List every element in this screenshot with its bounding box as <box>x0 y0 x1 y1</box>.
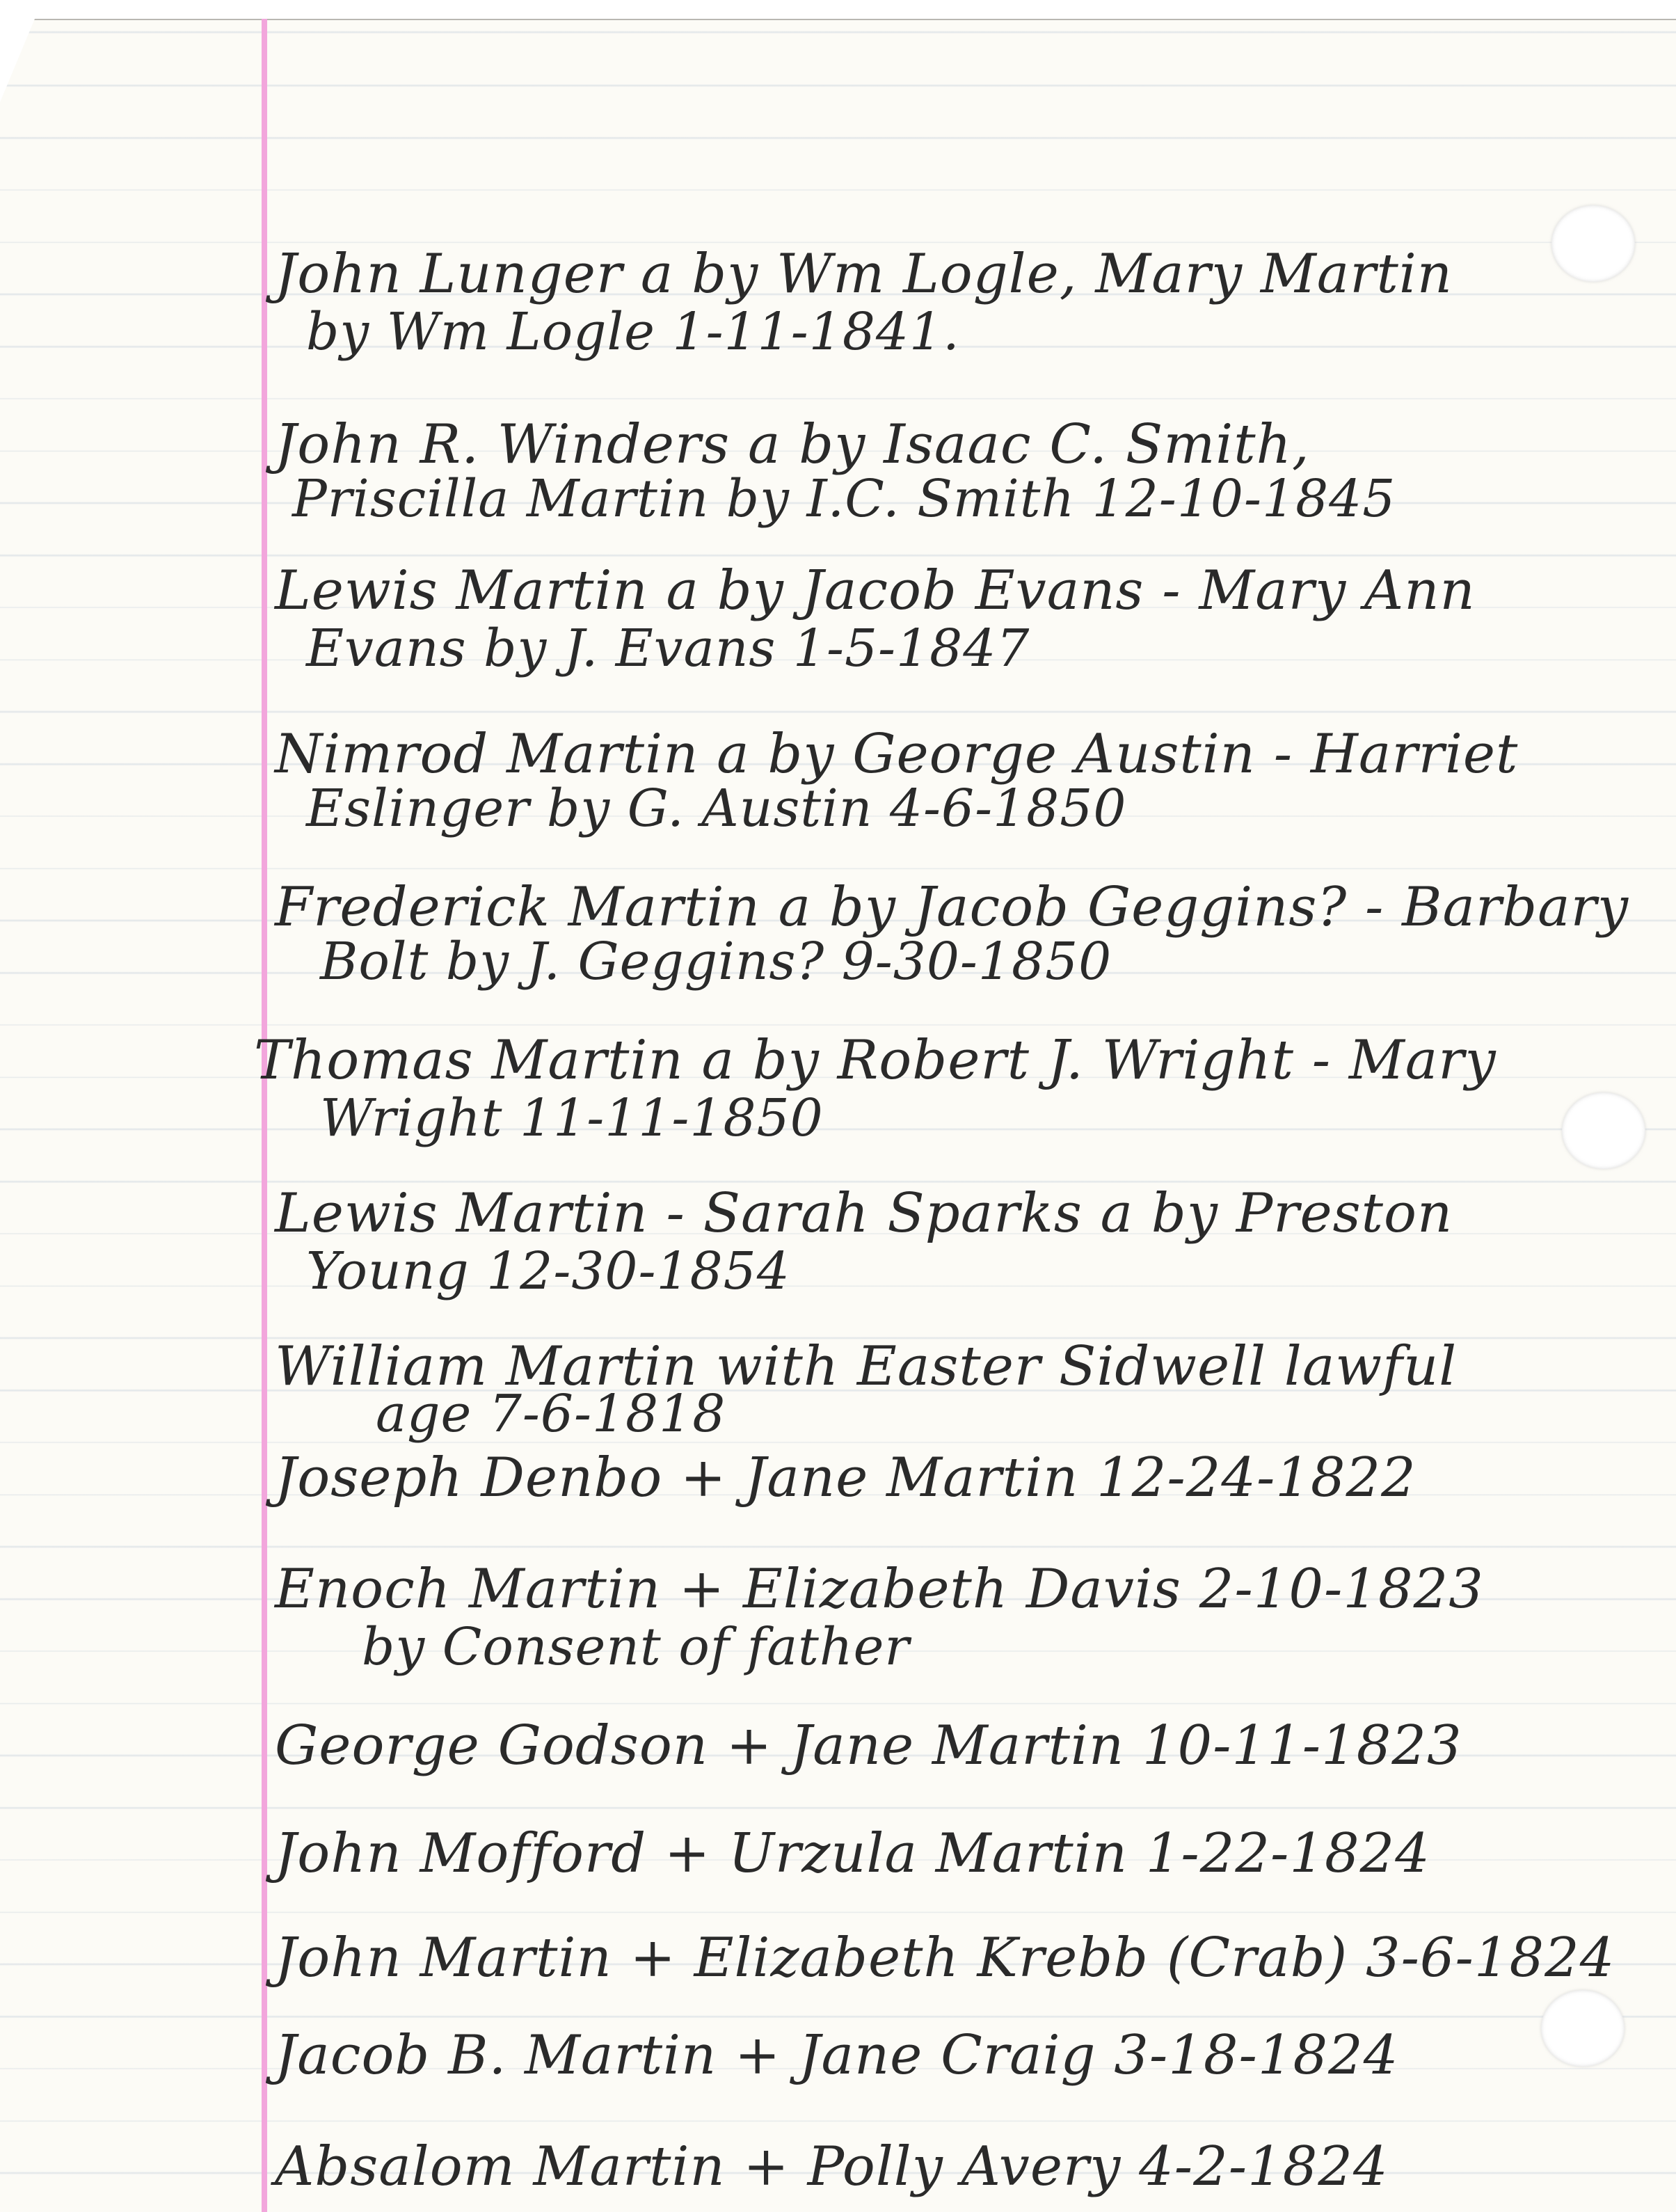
entry-line: Eslinger by G. Austin 4-6-1850 <box>306 783 1126 834</box>
entry-line: by Wm Logle 1-11-1841. <box>306 306 960 358</box>
entry-line: John Lunger a by Wm Logle, Mary Martin <box>275 247 1453 301</box>
marriage-record-list: John Lunger a by Wm Logle, Mary Martin b… <box>0 0 1676 2212</box>
entry-line: Lewis Martin a by Jacob Evans - Mary Ann <box>275 564 1476 618</box>
entry-line: Evans by J. Evans 1-5-1847 <box>306 623 1030 674</box>
entry-line: John Martin + Elizabeth Krebb (Crab) 3-6… <box>275 1931 1615 1985</box>
entry-line: Bolt by J. Geggins? 9-30-1850 <box>320 936 1112 987</box>
entry-line: Joseph Denbo + Jane Martin 12-24-1822 <box>275 1451 1416 1505</box>
entry-line: John R. Winders a by Isaac C. Smith, <box>275 417 1310 472</box>
entry-line: Priscilla Martin by I.C. Smith 12-10-184… <box>292 473 1396 525</box>
entry-line: Frederick Martin a by Jacob Geggins? - B… <box>275 880 1629 934</box>
entry-line: George Godson + Jane Martin 10-11-1823 <box>275 1719 1462 1773</box>
entry-line: Nimrod Martin a by George Austin - Harri… <box>275 727 1518 781</box>
entry-line: by Consent of father <box>362 1621 910 1673</box>
entry-line: Absalom Martin + Polly Avery 4-2-1824 <box>275 2140 1389 2194</box>
entry-line: Enoch Martin + Elizabeth Davis 2-10-1823 <box>275 1562 1484 1616</box>
entry-line: Thomas Martin a by Robert J. Wright - Ma… <box>254 1033 1497 1088</box>
entry-line: Wright 11-11-1850 <box>320 1092 824 1144</box>
entry-line: Jacob B. Martin + Jane Craig 3-18-1824 <box>275 2028 1398 2083</box>
entry-line: John Mofford + Urzula Martin 1-22-1824 <box>275 1827 1430 1881</box>
entry-line: Lewis Martin - Sarah Sparks a by Preston <box>275 1186 1453 1241</box>
entry-line: Young 12-30-1854 <box>306 1246 790 1297</box>
entry-line: age 7-6-1818 <box>376 1388 726 1440</box>
